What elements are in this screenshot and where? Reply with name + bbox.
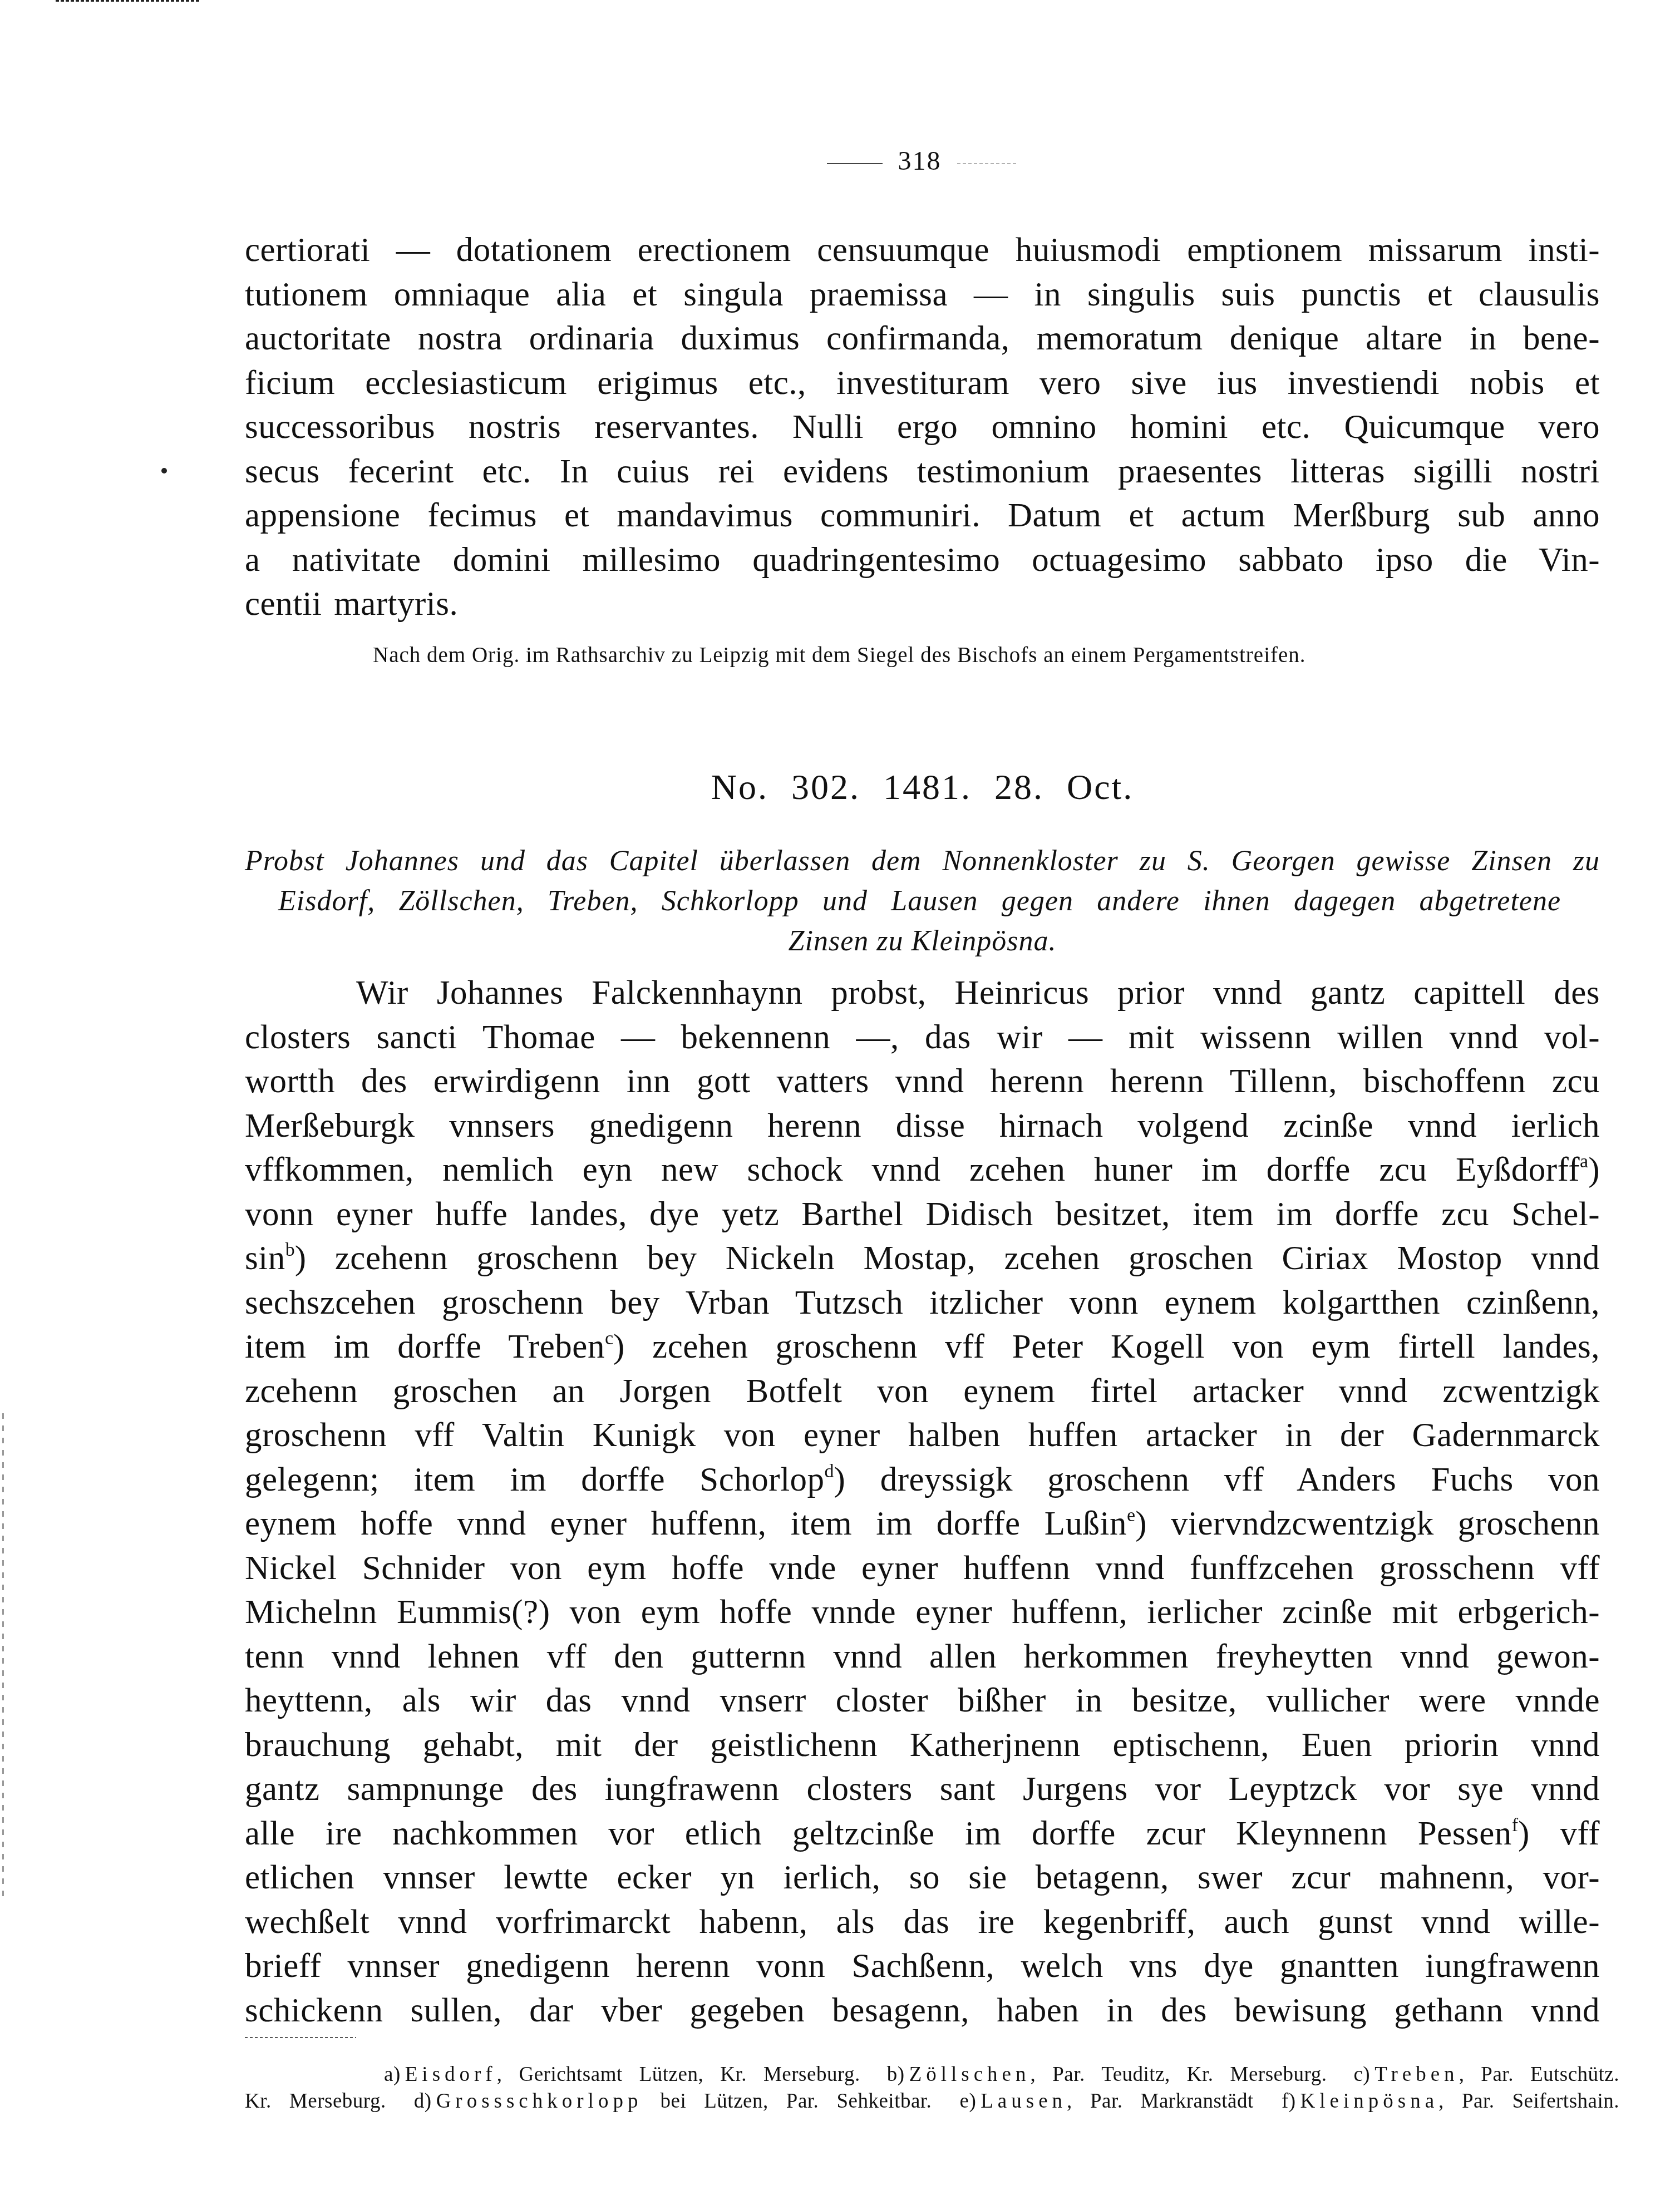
footnote-marker: f [1512,1815,1518,1836]
source-note: Nach dem Orig. im Rathsarchiv zu Leipzig… [373,643,1306,668]
scan-edge-artifact [56,0,200,2]
line-text: closters sancti Thomae — bekennenn —, da… [245,1019,1600,1056]
text-line: certiorati — dotationem erectionem censu… [245,228,1600,273]
footnote-marker: d [825,1461,834,1482]
text-line: Wir Johannes Falckennhaynn probst, Heinr… [245,971,1600,1015]
text-line: sinb) zcehenn groschenn bey Nickeln Most… [245,1236,1600,1281]
line-text: ) vff [1518,1815,1600,1852]
text-line: etlichen vnnser lewtte ecker yn ierlich,… [245,1856,1600,1900]
text-line: wechßelt vnnd vorfrimarckt habenn, als d… [245,1900,1600,1945]
latin-continuation-paragraph: certiorati — dotationem erectionem censu… [245,228,1600,627]
text-line: gelegenn; item im dorffe Schorlopd) drey… [245,1458,1600,1502]
footnote-entry: b)Zöllschen, Par. Teuditz, Kr. Merseburg… [887,2063,1327,2086]
footnote-entry: e)Lausen, Par. Markranstädt [959,2090,1253,2113]
footnote-place: Lausen [981,2090,1067,2113]
summary-line: Zinsen zu Kleinpösna. [245,921,1600,961]
document-heading: No. 302. 1481. 28. Oct. [245,767,1600,808]
footnote-detail: , Par. Eutschütz. [1459,2063,1619,2086]
footnote-label: a) [384,2063,401,2086]
footnote-marker: c [605,1328,613,1349]
summary-line: Probst Johannes und das Capitel überlass… [245,841,1600,881]
footnote-detail: bei Lützen, Par. Sehkeitbar. [642,2090,932,2113]
line-text: vonn eyner huffe landes, dye yetz Barthe… [245,1196,1600,1233]
footnote-label: e) [959,2090,976,2113]
footnote-entry: Kr. Merseburg. [245,2090,386,2113]
text-line: tutionem omniaque alia et singula praemi… [245,273,1600,317]
text-line: Nickel Schnider von eym hoffe vnde eyner… [245,1546,1600,1591]
footnote-line: a)Eisdorf, Gerichtsamt Lützen, Kr. Merse… [245,2061,1619,2088]
line-text: ) zcehenn groschenn bey Nickeln Mostap, … [295,1240,1600,1277]
header-rule-right [957,163,1018,164]
text-line: eynem hoffe vnnd eyner huffenn, item im … [245,1502,1600,1546]
footnotes: a)Eisdorf, Gerichtsamt Lützen, Kr. Merse… [245,2061,1619,2115]
line-text: wortth des erwirdigenn inn gott vatters … [245,1063,1600,1100]
footnote-marker: e [1127,1505,1135,1526]
footnote-label: b) [887,2063,905,2086]
line-text: Nickel Schnider von eym hoffe vnde eyner… [245,1550,1600,1587]
margin-mark [161,468,167,473]
text-line: Merßeburgk vnnsers gnedigenn herenn diss… [245,1104,1600,1148]
text-line: ficium ecclesiasticum erigimus etc., inv… [245,361,1600,406]
text-line: auctoritate nostra ordinaria duximus con… [245,317,1600,361]
text-line: wortth des erwirdigenn inn gott vatters … [245,1059,1600,1104]
text-line: successoribus nostris reservantes. Nulli… [245,405,1600,450]
footnote-place: Treben [1374,2063,1459,2086]
text-line: a nativitate domini millesimo quadringen… [245,538,1600,583]
footnote-detail: , Par. Teuditz, Kr. Merseburg. [1031,2063,1327,2086]
line-text: etlichen vnnser lewtte ecker yn ierlich,… [245,1859,1600,1896]
text-line: Michelnn Eummis(?) von eym hoffe vnnde e… [245,1590,1600,1635]
line-text: schickenn sullen, dar vber gegeben besag… [245,1992,1600,2029]
footnote-label: f) [1282,2090,1296,2113]
line-text: gelegenn; item im dorffe Schorlop [245,1461,825,1498]
text-line: item im dorffe Trebenc) zcehen groschenn… [245,1325,1600,1369]
text-line: zcehenn groschen an Jorgen Botfelt von e… [245,1369,1600,1414]
text-line: vonn eyner huffe landes, dye yetz Barthe… [245,1192,1600,1237]
text-line: sechszcehen groschenn bey Vrban Tutzsch … [245,1281,1600,1325]
text-line: brieff vnnser gnedigenn herenn vonn Sach… [245,1944,1600,1989]
footnote-marker: a [1580,1151,1588,1172]
text-line: vffkommen, nemlich eyn new schock vnnd z… [245,1148,1600,1192]
page-header: 318 [245,146,1600,176]
footnote-place: Grossschkorlopp [436,2090,643,2113]
line-text: vffkommen, nemlich eyn new schock vnnd z… [245,1151,1580,1188]
line-text: ) [1588,1151,1600,1188]
page-number: 318 [898,146,942,176]
line-text: groschenn vff Valtin Kunigk von eyner ha… [245,1417,1600,1454]
footnote-entry: c)Treben, Par. Eutschütz. [1353,2063,1619,2086]
line-text: heyttenn, als wir das vnnd vnserr closte… [245,1682,1600,1719]
text-line: appensione fecimus et mandavimus communi… [245,494,1600,538]
header-rule-left [827,163,883,164]
line-text: ) viervndzcwentzigk groschenn [1135,1505,1600,1542]
footnote-detail: , Par. Seifertshain. [1438,2090,1619,2113]
text-line: schickenn sullen, dar vber gegeben besag… [245,1989,1600,2033]
footnote-detail: , Par. Markranstädt [1067,2090,1254,2113]
footnote-label: d) [414,2090,432,2113]
text-line: alle ire nachkommen vor etlich geltzcinß… [245,1812,1600,1856]
text-line: heyttenn, als wir das vnnd vnserr closte… [245,1679,1600,1723]
line-text: ) dreyssigk groschenn vff Anders Fuchs v… [834,1461,1600,1498]
scan-edge-artifact [2,1413,4,1903]
line-text: Merßeburgk vnnsers gnedigenn herenn diss… [245,1107,1600,1145]
footnote-line: Kr. Merseburg. d)Grossschkorlopp bei Lüt… [245,2088,1619,2115]
text-line: centii martyris. [245,582,1600,627]
footnote-label: c) [1353,2063,1370,2086]
line-text: brauchung gehabt, mit der geistlichenn K… [245,1726,1600,1764]
line-text: brieff vnnser gnedigenn herenn vonn Sach… [245,1947,1600,1985]
text-line: secus fecerint etc. In cuius rei evidens… [245,450,1600,494]
line-text: Wir Johannes Falckennhaynn probst, Heinr… [356,974,1600,1012]
line-text: eynem hoffe vnnd eyner huffenn, item im … [245,1505,1127,1542]
summary-line: Eisdorf, Zöllschen, Treben, Schkorlopp u… [245,881,1561,921]
line-text: Michelnn Eummis(?) von eym hoffe vnnde e… [245,1594,1600,1631]
footnote-place: Eisdorf [405,2063,497,2086]
text-line: tenn vnnd lehnen vff den gutternn vnnd a… [245,1635,1600,1679]
footnote-detail: Kr. Merseburg. [245,2090,386,2113]
document-summary: Probst Johannes und das Capitel überlass… [245,841,1600,961]
line-text: wechßelt vnnd vorfrimarckt habenn, als d… [245,1903,1600,1941]
footnote-detail: , Gerichtsamt Lützen, Kr. Merseburg. [497,2063,860,2086]
line-text: alle ire nachkommen vor etlich geltzcinß… [245,1815,1512,1852]
line-text: sechszcehen groschenn bey Vrban Tutzsch … [245,1284,1600,1321]
line-text: tenn vnnd lehnen vff den gutternn vnnd a… [245,1638,1600,1675]
text-line: groschenn vff Valtin Kunigk von eyner ha… [245,1413,1600,1458]
line-text: ) zcehen groschenn vff Peter Kogell von … [613,1328,1600,1365]
line-text: sin [245,1240,285,1277]
text-line: closters sancti Thomae — bekennenn —, da… [245,1015,1600,1060]
footnote-place: Kleinpösna [1300,2090,1439,2113]
footnote-entry: f)Kleinpösna, Par. Seifertshain. [1282,2090,1619,2113]
footnote-place: Zöllschen [909,2063,1031,2086]
line-text: gantz sampnunge des iungfrawenn closters… [245,1770,1600,1808]
text-line: gantz sampnunge des iungfrawenn closters… [245,1767,1600,1812]
footnote-entry: d)Grossschkorlopp bei Lützen, Par. Sehke… [414,2090,932,2113]
text-line: brauchung gehabt, mit der geistlichenn K… [245,1723,1600,1768]
line-text: item im dorffe Treben [245,1328,605,1365]
footnote-marker: b [285,1240,295,1260]
footnote-entry: a)Eisdorf, Gerichtsamt Lützen, Kr. Merse… [384,2063,860,2086]
document-body-paragraph: Wir Johannes Falckennhaynn probst, Heinr… [245,971,1600,2033]
line-text: zcehenn groschen an Jorgen Botfelt von e… [245,1373,1600,1410]
footnote-divider [245,2037,356,2038]
